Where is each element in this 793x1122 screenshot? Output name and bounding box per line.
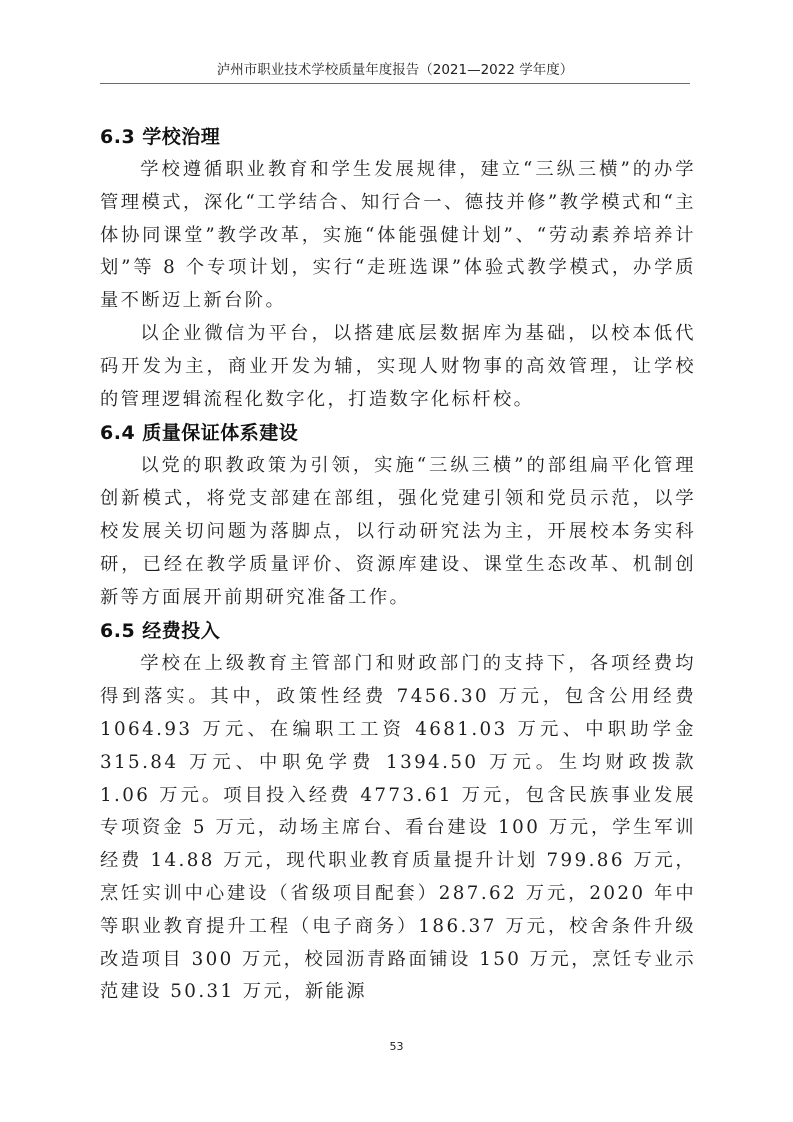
page-body: 6.3 学校治理 学校遵循职业教育和学生发展规律，建立“三纵三横”的办学管理模式… — [100, 120, 696, 1009]
section-heading: 6.5 经费投入 — [100, 614, 696, 648]
header-divider — [100, 83, 690, 84]
page-number: 53 — [0, 1040, 793, 1053]
paragraph: 以企业微信为平台，以搭建底层数据库为基础，以校本低代码开发为主，商业开发为辅，实… — [100, 318, 696, 416]
running-header: 泸州市职业技术学校质量年度报告（2021—2022 学年度） — [100, 58, 690, 82]
paragraph: 学校遵循职业教育和学生发展规律，建立“三纵三横”的办学管理模式，深化“工学结合、… — [100, 154, 696, 318]
section-6-5-funding: 6.5 经费投入 学校在上级教育主管部门和财政部门的支持下，各项经费均得到落实。… — [100, 614, 696, 1009]
section-heading: 6.3 学校治理 — [100, 120, 696, 154]
section-6-4-quality-assurance: 6.4 质量保证体系建设 以党的职教政策为引领，实施“三纵三横”的部组扁平化管理… — [100, 416, 696, 614]
paragraph: 学校在上级教育主管部门和财政部门的支持下，各项经费均得到落实。其中，政策性经费 … — [100, 648, 696, 1009]
section-6-3-school-governance: 6.3 学校治理 学校遵循职业教育和学生发展规律，建立“三纵三横”的办学管理模式… — [100, 120, 696, 416]
paragraph: 以党的职教政策为引领，实施“三纵三横”的部组扁平化管理创新模式，将党支部建在部组… — [100, 450, 696, 614]
section-heading: 6.4 质量保证体系建设 — [100, 416, 696, 450]
